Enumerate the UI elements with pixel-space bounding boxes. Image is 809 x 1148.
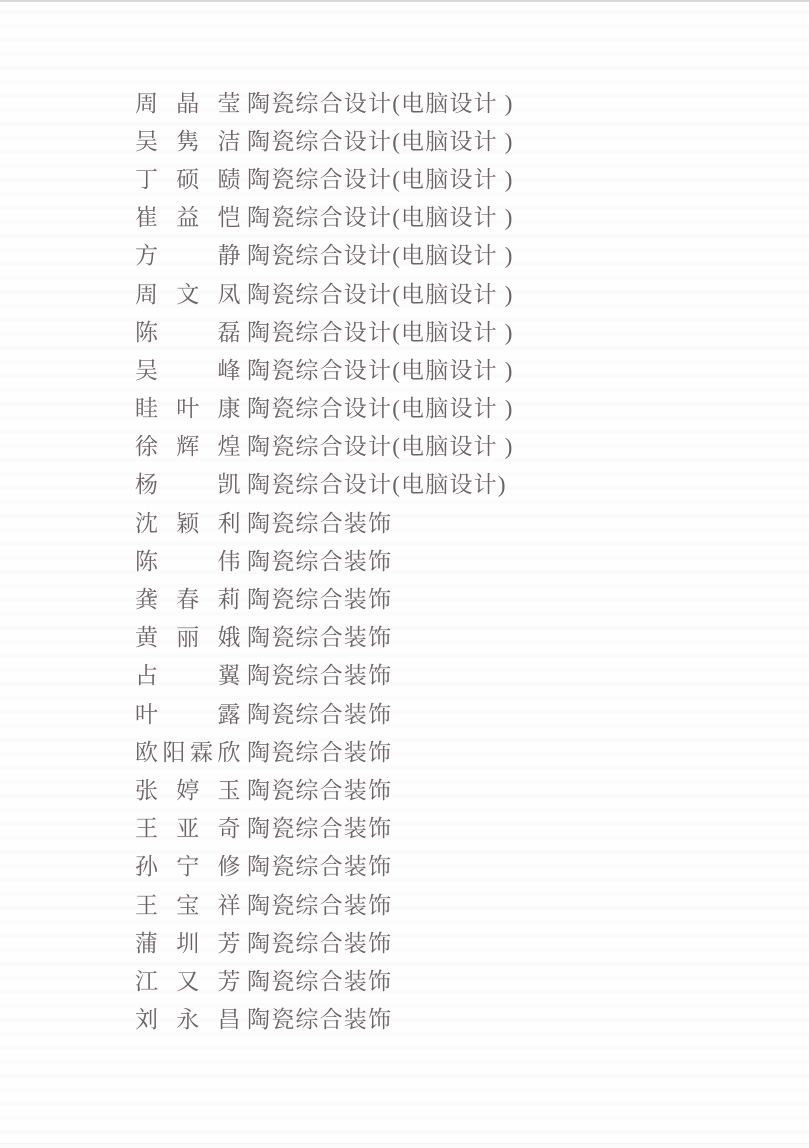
list-item: 占翼陶瓷综合装饰 [135,655,514,693]
program-name: 陶瓷综合装饰 [247,848,392,881]
scanned-document-page: 周晶莹陶瓷综合设计(电脑设计 ) 吴隽洁陶瓷综合设计(电脑设计 ) 丁硕赜陶瓷综… [0,0,809,1148]
program-name: 陶瓷综合设计(电脑设计 ) [247,199,514,232]
program-name: 陶瓷综合装饰 [247,925,392,958]
student-name: 刘永昌 [135,1001,241,1034]
list-item: 方静陶瓷综合设计(电脑设计 ) [135,235,514,273]
student-name: 江又芳 [135,963,241,996]
list-item: 张婷玉陶瓷综合装饰 [135,769,514,807]
list-item: 周文凤陶瓷综合设计(电脑设计 ) [135,273,514,311]
program-name: 陶瓷综合装饰 [247,887,392,920]
student-name: 沈颖利 [135,505,241,538]
program-name: 陶瓷综合装饰 [247,810,392,843]
student-name: 占翼 [135,657,241,690]
student-name: 黄丽娥 [135,619,241,652]
list-item: 吴峰陶瓷综合设计(电脑设计 ) [135,349,514,387]
student-name: 孙宁修 [135,848,241,881]
program-name: 陶瓷综合装饰 [247,734,392,767]
program-name: 陶瓷综合装饰 [247,505,392,538]
list-item: 眭叶康陶瓷综合设计(电脑设计 ) [135,388,514,426]
program-name: 陶瓷综合设计(电脑设计 ) [247,237,514,270]
list-item: 沈颖利陶瓷综合装饰 [135,502,514,540]
student-name: 崔益恺 [135,199,241,232]
list-item: 周晶莹陶瓷综合设计(电脑设计 ) [135,82,514,120]
student-name: 陈伟 [135,543,241,576]
list-item: 王亚奇陶瓷综合装饰 [135,808,514,846]
program-name: 陶瓷综合装饰 [247,963,392,996]
program-name: 陶瓷综合装饰 [247,581,392,614]
list-item: 龚春莉陶瓷综合装饰 [135,578,514,616]
program-name: 陶瓷综合设计(电脑设计) [247,466,507,499]
student-name: 丁硕赜 [135,161,241,194]
student-name: 欧阳霖欣 [135,734,241,767]
list-item: 杨凯陶瓷综合设计(电脑设计) [135,464,514,502]
program-name: 陶瓷综合设计(电脑设计 ) [247,390,514,423]
list-item: 叶露陶瓷综合装饰 [135,693,514,731]
program-name: 陶瓷综合设计(电脑设计 ) [247,428,514,461]
student-name: 蒲圳芳 [135,925,241,958]
program-name: 陶瓷综合设计(电脑设计 ) [247,276,514,309]
program-name: 陶瓷综合设计(电脑设计 ) [247,314,514,347]
program-name: 陶瓷综合装饰 [247,1001,392,1034]
student-name: 杨凯 [135,466,241,499]
program-name: 陶瓷综合设计(电脑设计 ) [247,352,514,385]
student-name: 王宝祥 [135,887,241,920]
student-name: 周晶莹 [135,85,241,118]
program-name: 陶瓷综合装饰 [247,772,392,805]
program-name: 陶瓷综合装饰 [247,696,392,729]
student-name: 龚春莉 [135,581,241,614]
list-item: 欧阳霖欣陶瓷综合装饰 [135,731,514,769]
list-item: 吴隽洁陶瓷综合设计(电脑设计 ) [135,120,514,158]
student-name: 张婷玉 [135,772,241,805]
student-name: 王亚奇 [135,810,241,843]
student-name: 眭叶康 [135,390,241,423]
list-item: 孙宁修陶瓷综合装饰 [135,846,514,884]
list-item: 崔益恺陶瓷综合设计(电脑设计 ) [135,197,514,235]
student-name: 周文凤 [135,276,241,309]
student-name: 方静 [135,237,241,270]
student-name: 叶露 [135,696,241,729]
list-item: 陈磊陶瓷综合设计(电脑设计 ) [135,311,514,349]
program-name: 陶瓷综合设计(电脑设计 ) [247,161,514,194]
student-name: 吴峰 [135,352,241,385]
student-name: 陈磊 [135,314,241,347]
list-item: 黄丽娥陶瓷综合装饰 [135,617,514,655]
student-name: 徐辉煌 [135,428,241,461]
student-program-list: 周晶莹陶瓷综合设计(电脑设计 ) 吴隽洁陶瓷综合设计(电脑设计 ) 丁硕赜陶瓷综… [135,82,514,1037]
program-name: 陶瓷综合设计(电脑设计 ) [247,85,514,118]
student-name: 吴隽洁 [135,123,241,156]
program-name: 陶瓷综合装饰 [247,657,392,690]
program-name: 陶瓷综合装饰 [247,543,392,576]
list-item: 陈伟陶瓷综合装饰 [135,540,514,578]
scan-bottom-edge [0,1143,809,1144]
scan-top-edge [0,0,809,2]
program-name: 陶瓷综合装饰 [247,619,392,652]
list-item: 刘永昌陶瓷综合装饰 [135,999,514,1037]
list-item: 江又芳陶瓷综合装饰 [135,960,514,998]
program-name: 陶瓷综合设计(电脑设计 ) [247,123,514,156]
list-item: 蒲圳芳陶瓷综合装饰 [135,922,514,960]
list-item: 王宝祥陶瓷综合装饰 [135,884,514,922]
list-item: 丁硕赜陶瓷综合设计(电脑设计 ) [135,158,514,196]
list-item: 徐辉煌陶瓷综合设计(电脑设计 ) [135,426,514,464]
